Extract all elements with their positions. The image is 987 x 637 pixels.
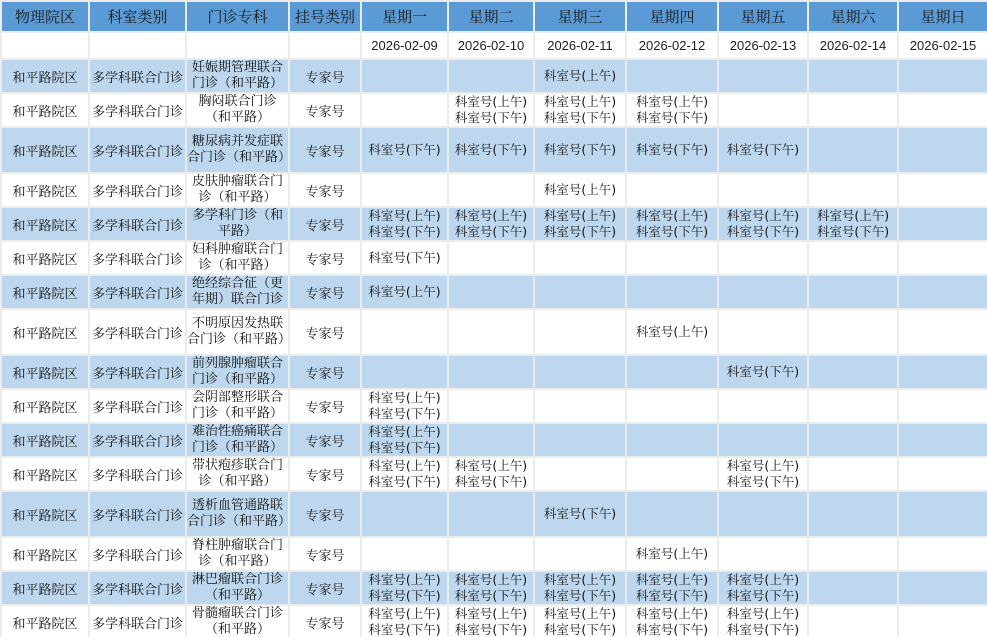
slot-cell-monday: 科室号(上午)科室号(下午): [361, 571, 448, 605]
slot-cell-saturday: [808, 309, 898, 355]
slot-cell-sunday: [898, 355, 987, 389]
table-row: 和平路院区多学科联合门诊淋巴瘤联合门诊（和平路）专家号科室号(上午)科室号(下午…: [1, 571, 987, 605]
slot-cell-wednesday: 科室号(上午)科室号(下午): [534, 571, 626, 605]
slot-cell-friday: 科室号(下午): [718, 127, 808, 173]
slot-cell-tuesday: [448, 173, 534, 207]
dept-category-cell: 多学科联合门诊: [89, 93, 186, 127]
slot-link[interactable]: 科室号(下午): [535, 224, 625, 240]
clinic-cell: 妇科肿瘤联合门诊（和平路）: [186, 241, 289, 275]
table-row: 和平路院区多学科联合门诊难治性癌痛联合门诊（和平路）专家号科室号(上午)科室号(…: [1, 423, 987, 457]
date-tuesday: 2026-02-10: [448, 32, 534, 59]
header-campus: 物理院区: [1, 1, 89, 32]
slot-cell-saturday: [808, 537, 898, 571]
slot-cell-tuesday: [448, 423, 534, 457]
slot-cell-wednesday: [534, 423, 626, 457]
date-thursday: 2026-02-12: [626, 32, 718, 59]
clinic-cell: 前列腺肿瘤联合门诊（和平路）: [186, 355, 289, 389]
date-friday: 2026-02-13: [718, 32, 808, 59]
header-dept-category: 科室类别: [89, 1, 186, 32]
slot-link[interactable]: 科室号(上午): [535, 182, 625, 198]
slot-link[interactable]: 科室号(下午): [449, 622, 533, 637]
table-row: 和平路院区多学科联合门诊骨髓瘤联合门诊（和平路）专家号科室号(上午)科室号(下午…: [1, 605, 987, 637]
clinic-cell: 会阴部整形联合门诊（和平路）: [186, 389, 289, 423]
slot-link[interactable]: 科室号(下午): [627, 622, 717, 637]
outpatient-schedule-table: 物理院区 科室类别 门诊专科 挂号类别 星期一 星期二 星期三 星期四 星期五 …: [0, 0, 987, 637]
slot-link[interactable]: 科室号(下午): [362, 224, 447, 240]
slot-cell-monday: 科室号(上午)科室号(下午): [361, 389, 448, 423]
slot-cell-tuesday: [448, 59, 534, 93]
dept-category-cell: 多学科联合门诊: [89, 457, 186, 491]
registration-type-cell: 专家号: [289, 605, 361, 637]
slot-link[interactable]: 科室号(上午): [627, 208, 717, 224]
campus-cell: 和平路院区: [1, 241, 89, 275]
slot-link[interactable]: 科室号(下午): [362, 142, 447, 158]
slot-cell-friday: [718, 173, 808, 207]
slot-cell-thursday: 科室号(下午): [626, 127, 718, 173]
clinic-cell: 绝经综合征（更年期）联合门诊: [186, 275, 289, 309]
clinic-cell: 透析血管通路联合门诊（和平路）: [186, 491, 289, 537]
slot-cell-monday: [361, 537, 448, 571]
clinic-cell: 不明原因发热联合门诊（和平路）: [186, 309, 289, 355]
slot-cell-wednesday: [534, 309, 626, 355]
dept-category-cell: 多学科联合门诊: [89, 173, 186, 207]
slot-cell-wednesday: 科室号(上午)科室号(下午): [534, 605, 626, 637]
slot-cell-sunday: [898, 93, 987, 127]
dept-category-cell: 多学科联合门诊: [89, 355, 186, 389]
registration-type-cell: 专家号: [289, 241, 361, 275]
slot-link[interactable]: 科室号(上午): [449, 458, 533, 474]
slot-link[interactable]: 科室号(上午): [719, 208, 807, 224]
slot-link[interactable]: 科室号(下午): [627, 224, 717, 240]
slot-cell-thursday: [626, 457, 718, 491]
date-wednesday: 2026-02-11: [534, 32, 626, 59]
slot-link[interactable]: 科室号(下午): [719, 588, 807, 604]
slot-link[interactable]: 科室号(下午): [449, 474, 533, 490]
slot-cell-sunday: [898, 275, 987, 309]
slot-link[interactable]: 科室号(下午): [362, 250, 447, 266]
slot-link[interactable]: 科室号(下午): [719, 364, 807, 380]
slot-cell-wednesday: 科室号(上午): [534, 59, 626, 93]
slot-cell-tuesday: [448, 389, 534, 423]
slot-cell-wednesday: 科室号(下午): [534, 127, 626, 173]
slot-link[interactable]: 科室号(下午): [362, 406, 447, 422]
slot-cell-friday: [718, 389, 808, 423]
slot-cell-monday: [361, 309, 448, 355]
campus-cell: 和平路院区: [1, 93, 89, 127]
slot-link[interactable]: 科室号(下午): [627, 142, 717, 158]
slot-link[interactable]: 科室号(上午): [627, 572, 717, 588]
date-blank: [186, 32, 289, 59]
slot-link[interactable]: 科室号(下午): [362, 474, 447, 490]
slot-link[interactable]: 科室号(下午): [535, 110, 625, 126]
slot-cell-saturday: [808, 423, 898, 457]
slot-cell-monday: [361, 93, 448, 127]
slot-cell-monday: 科室号(下午): [361, 241, 448, 275]
header-thursday: 星期四: [626, 1, 718, 32]
header-clinic: 门诊专科: [186, 1, 289, 32]
slot-link[interactable]: 科室号(上午): [362, 606, 447, 622]
slot-cell-saturday: [808, 127, 898, 173]
dept-category-cell: 多学科联合门诊: [89, 389, 186, 423]
slot-cell-wednesday: 科室号(上午): [534, 173, 626, 207]
slot-cell-friday: [718, 309, 808, 355]
date-blank: [89, 32, 186, 59]
table-row: 和平路院区多学科联合门诊妇科肿瘤联合门诊（和平路）专家号科室号(下午): [1, 241, 987, 275]
slot-cell-monday: 科室号(上午)科室号(下午): [361, 605, 448, 637]
slot-cell-wednesday: [534, 389, 626, 423]
registration-type-cell: 专家号: [289, 93, 361, 127]
date-monday: 2026-02-09: [361, 32, 448, 59]
registration-type-cell: 专家号: [289, 59, 361, 93]
slot-cell-thursday: [626, 241, 718, 275]
slot-cell-friday: [718, 59, 808, 93]
registration-type-cell: 专家号: [289, 127, 361, 173]
slot-cell-thursday: 科室号(上午)科室号(下午): [626, 605, 718, 637]
slot-cell-friday: [718, 423, 808, 457]
dept-category-cell: 多学科联合门诊: [89, 537, 186, 571]
slot-cell-tuesday: 科室号(下午): [448, 127, 534, 173]
registration-type-cell: 专家号: [289, 423, 361, 457]
slot-cell-saturday: [808, 241, 898, 275]
date-saturday: 2026-02-14: [808, 32, 898, 59]
registration-type-cell: 专家号: [289, 389, 361, 423]
slot-cell-wednesday: 科室号(上午)科室号(下午): [534, 207, 626, 241]
slot-cell-saturday: [808, 59, 898, 93]
slot-link[interactable]: 科室号(下午): [535, 506, 625, 522]
slot-cell-tuesday: 科室号(上午)科室号(下午): [448, 457, 534, 491]
slot-cell-monday: [361, 355, 448, 389]
clinic-cell: 脊柱肿瘤联合门诊（和平路）: [186, 537, 289, 571]
slot-cell-monday: [361, 59, 448, 93]
registration-type-cell: 专家号: [289, 309, 361, 355]
clinic-cell: 带状疱疹联合门诊（和平路）: [186, 457, 289, 491]
header-registration-type: 挂号类别: [289, 1, 361, 32]
registration-type-cell: 专家号: [289, 355, 361, 389]
slot-cell-saturday: [808, 491, 898, 537]
dept-category-cell: 多学科联合门诊: [89, 207, 186, 241]
dept-category-cell: 多学科联合门诊: [89, 59, 186, 93]
slot-link[interactable]: 科室号(下午): [449, 224, 533, 240]
table-row: 和平路院区多学科联合门诊脊柱肿瘤联合门诊（和平路）专家号科室号(上午): [1, 537, 987, 571]
clinic-cell: 淋巴瘤联合门诊（和平路）: [186, 571, 289, 605]
slot-cell-thursday: 科室号(上午)科室号(下午): [626, 93, 718, 127]
clinic-cell: 胸闷联合门诊（和平路）: [186, 93, 289, 127]
campus-cell: 和平路院区: [1, 59, 89, 93]
slot-link[interactable]: 科室号(下午): [362, 588, 447, 604]
dept-category-cell: 多学科联合门诊: [89, 309, 186, 355]
clinic-cell: 多学科门诊（和平路）: [186, 207, 289, 241]
date-blank: [1, 32, 89, 59]
slot-link[interactable]: 科室号(上午): [809, 208, 897, 224]
table-row: 和平路院区多学科联合门诊透析血管通路联合门诊（和平路）专家号科室号(下午): [1, 491, 987, 537]
slot-link[interactable]: 科室号(下午): [449, 588, 533, 604]
slot-cell-monday: 科室号(下午): [361, 127, 448, 173]
slot-link[interactable]: 科室号(下午): [719, 224, 807, 240]
slot-cell-saturday: [808, 571, 898, 605]
clinic-cell: 糖尿病并发症联合门诊（和平路）: [186, 127, 289, 173]
slot-cell-wednesday: [534, 537, 626, 571]
slot-link[interactable]: 科室号(上午): [362, 390, 447, 406]
slot-cell-saturday: [808, 93, 898, 127]
slot-cell-wednesday: [534, 355, 626, 389]
registration-type-cell: 专家号: [289, 537, 361, 571]
slot-cell-wednesday: [534, 275, 626, 309]
slot-link[interactable]: 科室号(下午): [362, 440, 447, 456]
slot-cell-tuesday: 科室号(上午)科室号(下午): [448, 571, 534, 605]
slot-cell-tuesday: 科室号(上午)科室号(下午): [448, 605, 534, 637]
slot-cell-thursday: [626, 173, 718, 207]
slot-link[interactable]: 科室号(上午): [535, 572, 625, 588]
table-row: 和平路院区多学科联合门诊多学科门诊（和平路）专家号科室号(上午)科室号(下午)科…: [1, 207, 987, 241]
slot-link[interactable]: 科室号(上午): [719, 458, 807, 474]
slot-cell-thursday: 科室号(上午)科室号(下午): [626, 571, 718, 605]
table-row: 和平路院区多学科联合门诊糖尿病并发症联合门诊（和平路）专家号科室号(下午)科室号…: [1, 127, 987, 173]
slot-cell-saturday: [808, 173, 898, 207]
table-row: 和平路院区多学科联合门诊前列腺肿瘤联合门诊（和平路）专家号科室号(下午): [1, 355, 987, 389]
slot-cell-tuesday: [448, 537, 534, 571]
slot-cell-monday: [361, 491, 448, 537]
slot-cell-saturday: [808, 275, 898, 309]
slot-cell-friday: 科室号(上午)科室号(下午): [718, 457, 808, 491]
slot-link[interactable]: 科室号(下午): [719, 622, 807, 637]
table-row: 和平路院区多学科联合门诊绝经综合征（更年期）联合门诊专家号科室号(上午): [1, 275, 987, 309]
header-saturday: 星期六: [808, 1, 898, 32]
slot-link[interactable]: 科室号(上午): [362, 284, 447, 300]
campus-cell: 和平路院区: [1, 173, 89, 207]
slot-link[interactable]: 科室号(上午): [627, 94, 717, 110]
campus-cell: 和平路院区: [1, 389, 89, 423]
date-blank: [289, 32, 361, 59]
registration-type-cell: 专家号: [289, 207, 361, 241]
dept-category-cell: 多学科联合门诊: [89, 571, 186, 605]
slot-cell-tuesday: 科室号(上午)科室号(下午): [448, 93, 534, 127]
slot-cell-saturday: [808, 457, 898, 491]
slot-link[interactable]: 科室号(下午): [627, 588, 717, 604]
table-row: 和平路院区多学科联合门诊胸闷联合门诊（和平路）专家号科室号(上午)科室号(下午)…: [1, 93, 987, 127]
campus-cell: 和平路院区: [1, 207, 89, 241]
slot-link[interactable]: 科室号(上午): [719, 606, 807, 622]
table-row: 和平路院区多学科联合门诊皮肤肿瘤联合门诊（和平路）专家号科室号(上午): [1, 173, 987, 207]
registration-type-cell: 专家号: [289, 571, 361, 605]
slot-cell-thursday: [626, 491, 718, 537]
slot-cell-friday: 科室号(下午): [718, 355, 808, 389]
slot-link[interactable]: 科室号(上午): [535, 208, 625, 224]
slot-cell-thursday: [626, 59, 718, 93]
slot-link[interactable]: 科室号(下午): [809, 224, 897, 240]
slot-cell-tuesday: [448, 275, 534, 309]
campus-cell: 和平路院区: [1, 355, 89, 389]
campus-cell: 和平路院区: [1, 537, 89, 571]
slot-cell-saturday: [808, 389, 898, 423]
slot-link[interactable]: 科室号(下午): [719, 142, 807, 158]
slot-cell-tuesday: [448, 309, 534, 355]
registration-type-cell: 专家号: [289, 491, 361, 537]
dept-category-cell: 多学科联合门诊: [89, 127, 186, 173]
table-row: 和平路院区多学科联合门诊妊娠期管理联合门诊（和平路）专家号科室号(上午): [1, 59, 987, 93]
table-row: 和平路院区多学科联合门诊不明原因发热联合门诊（和平路）专家号科室号(上午): [1, 309, 987, 355]
slot-cell-monday: [361, 173, 448, 207]
slot-link[interactable]: 科室号(上午): [535, 606, 625, 622]
slot-link[interactable]: 科室号(下午): [535, 622, 625, 637]
slot-cell-wednesday: 科室号(下午): [534, 491, 626, 537]
registration-type-cell: 专家号: [289, 457, 361, 491]
dept-category-cell: 多学科联合门诊: [89, 241, 186, 275]
slot-cell-thursday: [626, 355, 718, 389]
slot-cell-friday: 科室号(上午)科室号(下午): [718, 571, 808, 605]
slot-link[interactable]: 科室号(上午): [362, 424, 447, 440]
slot-cell-sunday: [898, 309, 987, 355]
slot-cell-tuesday: [448, 355, 534, 389]
slot-cell-monday: 科室号(上午)科室号(下午): [361, 423, 448, 457]
campus-cell: 和平路院区: [1, 605, 89, 637]
slot-cell-sunday: [898, 423, 987, 457]
dept-category-cell: 多学科联合门诊: [89, 491, 186, 537]
slot-cell-thursday: [626, 423, 718, 457]
slot-cell-wednesday: 科室号(上午)科室号(下午): [534, 93, 626, 127]
slot-cell-monday: 科室号(上午)科室号(下午): [361, 207, 448, 241]
slot-cell-sunday: [898, 605, 987, 637]
campus-cell: 和平路院区: [1, 571, 89, 605]
slot-cell-sunday: [898, 457, 987, 491]
slot-cell-friday: 科室号(上午)科室号(下午): [718, 605, 808, 637]
slot-cell-wednesday: [534, 457, 626, 491]
header-monday: 星期一: [361, 1, 448, 32]
slot-cell-saturday: [808, 605, 898, 637]
slot-cell-sunday: [898, 571, 987, 605]
slot-cell-sunday: [898, 59, 987, 93]
slot-link[interactable]: 科室号(下午): [449, 110, 533, 126]
slot-cell-sunday: [898, 537, 987, 571]
campus-cell: 和平路院区: [1, 423, 89, 457]
slot-link[interactable]: 科室号(上午): [535, 68, 625, 84]
slot-cell-friday: [718, 241, 808, 275]
slot-cell-friday: 科室号(上午)科室号(下午): [718, 207, 808, 241]
slot-cell-sunday: [898, 241, 987, 275]
clinic-cell: 骨髓瘤联合门诊（和平路）: [186, 605, 289, 637]
dept-category-cell: 多学科联合门诊: [89, 275, 186, 309]
campus-cell: 和平路院区: [1, 275, 89, 309]
campus-cell: 和平路院区: [1, 127, 89, 173]
slot-link[interactable]: 科室号(上午): [362, 208, 447, 224]
slot-link[interactable]: 科室号(上午): [719, 572, 807, 588]
slot-cell-thursday: [626, 275, 718, 309]
slot-cell-sunday: [898, 389, 987, 423]
slot-link[interactable]: 科室号(上午): [449, 572, 533, 588]
slot-cell-monday: 科室号(上午): [361, 275, 448, 309]
slot-cell-tuesday: 科室号(上午)科室号(下午): [448, 207, 534, 241]
slot-cell-sunday: [898, 491, 987, 537]
table-row: 和平路院区多学科联合门诊会阴部整形联合门诊（和平路）专家号科室号(上午)科室号(…: [1, 389, 987, 423]
slot-cell-tuesday: [448, 491, 534, 537]
slot-link[interactable]: 科室号(下午): [719, 474, 807, 490]
clinic-cell: 难治性癌痛联合门诊（和平路）: [186, 423, 289, 457]
slot-cell-thursday: 科室号(上午): [626, 309, 718, 355]
slot-cell-sunday: [898, 127, 987, 173]
header-friday: 星期五: [718, 1, 808, 32]
slot-link[interactable]: 科室号(下午): [535, 588, 625, 604]
slot-cell-tuesday: [448, 241, 534, 275]
slot-link[interactable]: 科室号(上午): [362, 458, 447, 474]
slot-cell-saturday: 科室号(上午)科室号(下午): [808, 207, 898, 241]
slot-cell-friday: [718, 491, 808, 537]
slot-link[interactable]: 科室号(上午): [449, 606, 533, 622]
clinic-cell: 妊娠期管理联合门诊（和平路）: [186, 59, 289, 93]
slot-link[interactable]: 科室号(上午): [449, 94, 533, 110]
date-row: 2026-02-09 2026-02-10 2026-02-11 2026-02…: [1, 32, 987, 59]
slot-link[interactable]: 科室号(上午): [627, 546, 717, 562]
slot-cell-sunday: [898, 207, 987, 241]
slot-link[interactable]: 科室号(下午): [449, 142, 533, 158]
table-row: 和平路院区多学科联合门诊带状疱疹联合门诊（和平路）专家号科室号(上午)科室号(下…: [1, 457, 987, 491]
header-wednesday: 星期三: [534, 1, 626, 32]
slot-link[interactable]: 科室号(上午): [627, 324, 717, 340]
slot-cell-thursday: 科室号(上午): [626, 537, 718, 571]
slot-cell-sunday: [898, 173, 987, 207]
slot-cell-wednesday: [534, 241, 626, 275]
slot-link[interactable]: 科室号(下午): [535, 142, 625, 158]
slot-cell-thursday: 科室号(上午)科室号(下午): [626, 207, 718, 241]
slot-cell-friday: [718, 93, 808, 127]
campus-cell: 和平路院区: [1, 457, 89, 491]
campus-cell: 和平路院区: [1, 309, 89, 355]
dept-category-cell: 多学科联合门诊: [89, 605, 186, 637]
slot-link[interactable]: 科室号(上午): [449, 208, 533, 224]
clinic-cell: 皮肤肿瘤联合门诊（和平路）: [186, 173, 289, 207]
registration-type-cell: 专家号: [289, 173, 361, 207]
date-sunday: 2026-02-15: [898, 32, 987, 59]
registration-type-cell: 专家号: [289, 275, 361, 309]
slot-cell-friday: [718, 537, 808, 571]
dept-category-cell: 多学科联合门诊: [89, 423, 186, 457]
slot-link[interactable]: 科室号(上午): [627, 606, 717, 622]
slot-cell-friday: [718, 275, 808, 309]
slot-cell-thursday: [626, 389, 718, 423]
header-sunday: 星期日: [898, 1, 987, 32]
header-tuesday: 星期二: [448, 1, 534, 32]
slot-cell-monday: 科室号(上午)科室号(下午): [361, 457, 448, 491]
slot-cell-saturday: [808, 355, 898, 389]
header-row: 物理院区 科室类别 门诊专科 挂号类别 星期一 星期二 星期三 星期四 星期五 …: [1, 1, 987, 32]
slot-link[interactable]: 科室号(上午): [535, 94, 625, 110]
slot-link[interactable]: 科室号(上午): [362, 572, 447, 588]
slot-link[interactable]: 科室号(下午): [627, 110, 717, 126]
campus-cell: 和平路院区: [1, 491, 89, 537]
slot-link[interactable]: 科室号(下午): [362, 622, 447, 637]
